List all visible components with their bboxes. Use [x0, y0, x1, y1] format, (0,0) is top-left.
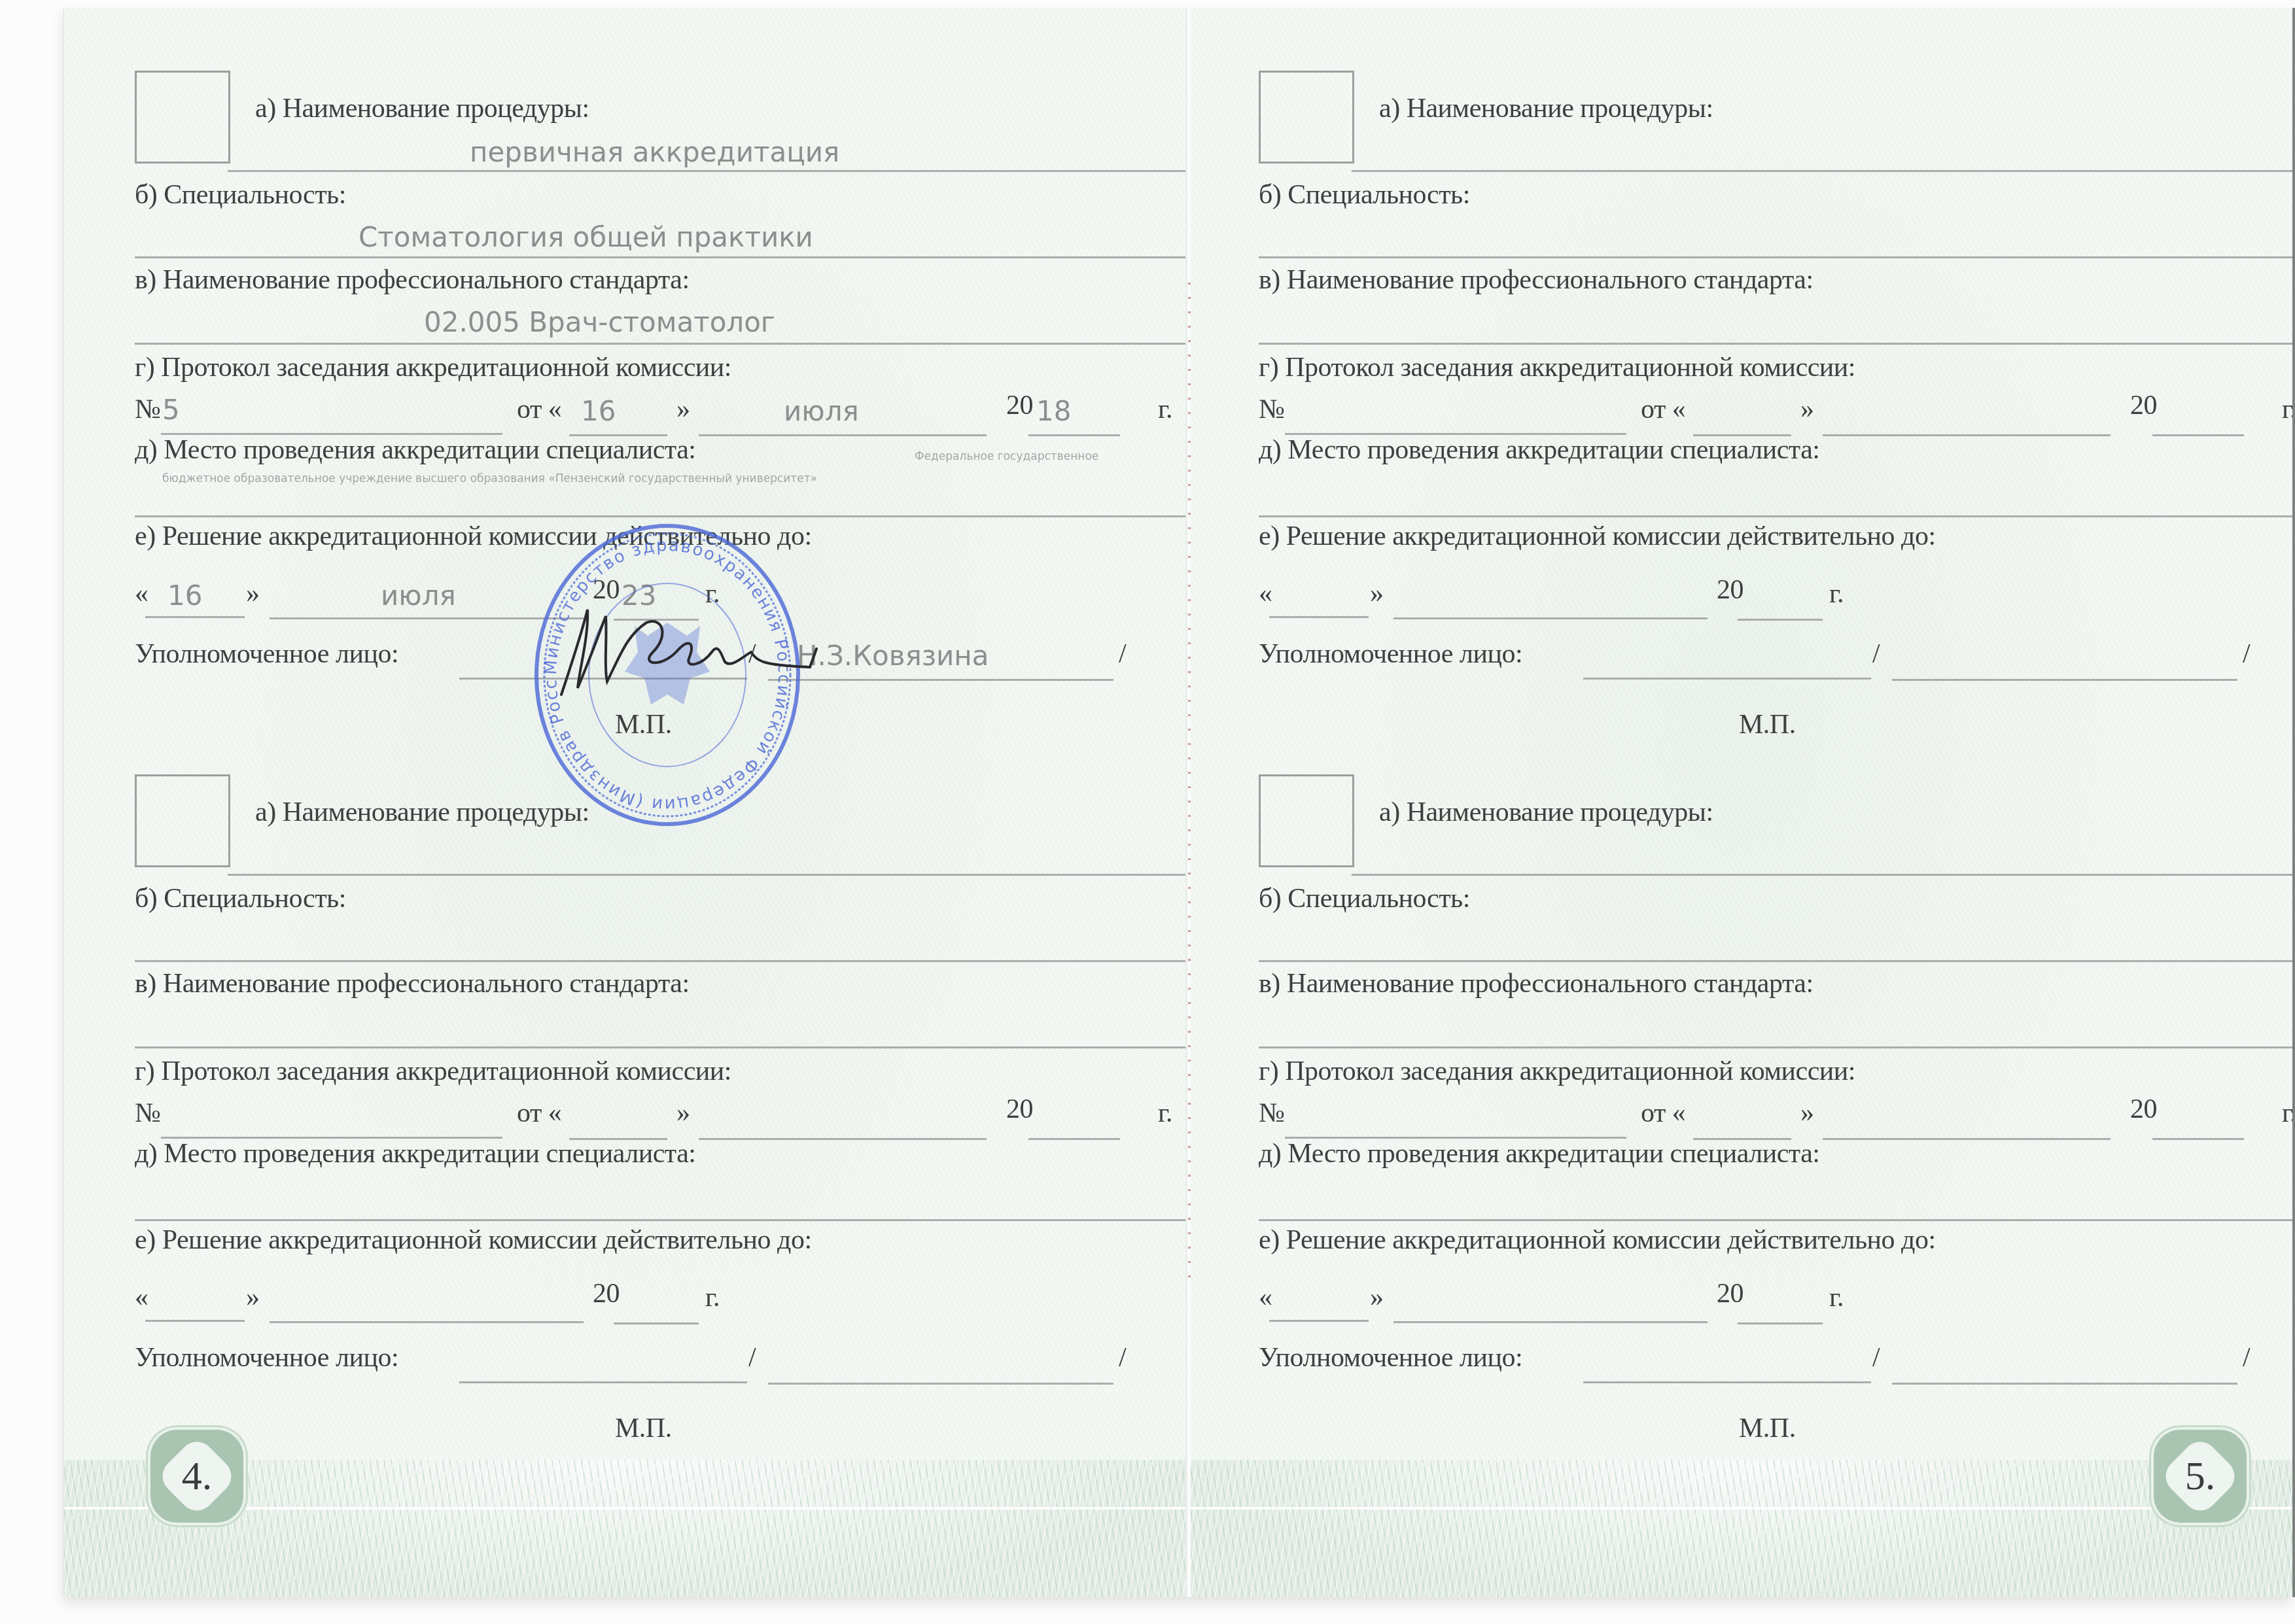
- valid-day-line: [145, 616, 245, 618]
- valid-month-line: [270, 1321, 584, 1323]
- quote-open: «: [1259, 1282, 1272, 1313]
- standard-label: в) Наименование профессионального станда…: [135, 968, 690, 999]
- quote-open: «: [135, 578, 149, 610]
- standard-label: в) Наименование профессионального станда…: [135, 264, 690, 296]
- slash: /: [1872, 638, 1880, 670]
- page-left: 4. а) Наименование процедуры: первичная …: [63, 8, 1189, 1597]
- signature-line: [1583, 1381, 1871, 1383]
- protocol-year-line: [2152, 434, 2244, 436]
- year-suffix: г.: [2282, 394, 2295, 425]
- protocol-month-line: [699, 1138, 987, 1140]
- protocol-number: 5: [162, 394, 180, 426]
- valid-year-line: [1738, 619, 1823, 621]
- standard-line: [135, 343, 1189, 345]
- valid-until-label: е) Решение аккредитационной комиссии дей…: [1259, 521, 1936, 552]
- protocol-year-line: [2152, 1138, 2244, 1140]
- authorized-person-label: Уполномоченное лицо:: [1259, 638, 1522, 670]
- standard-line: [135, 1046, 1189, 1048]
- protocol-year-line: [1028, 1138, 1120, 1140]
- procedure-line: [228, 170, 1189, 172]
- procedure-line: [228, 874, 1189, 876]
- standard-line: [1259, 1046, 2295, 1048]
- procedure-label: а) Наименование процедуры:: [1379, 93, 1713, 124]
- protocol-year-line: [1028, 434, 1120, 436]
- page-number-badge: 5.: [2151, 1427, 2249, 1525]
- standard-label: в) Наименование профессионального станда…: [1259, 968, 1813, 999]
- procedure-line: [1352, 874, 2295, 876]
- specialty-line: [1259, 256, 2295, 258]
- protocol-month: июля: [784, 395, 859, 427]
- valid-day: 16: [167, 579, 202, 612]
- accreditation-booklet-spread: 4. а) Наименование процедуры: первичная …: [63, 8, 2292, 1597]
- page-right: 5. а) Наименование процедуры: б) Специал…: [1191, 8, 2295, 1597]
- protocol-year: 18: [1036, 395, 1071, 427]
- valid-day-line: [1269, 616, 1369, 618]
- signature: [548, 596, 830, 701]
- quote-open: «: [135, 1282, 149, 1313]
- quote-close: »: [1800, 1097, 1814, 1129]
- place-label: д) Место проведения аккредитации специал…: [135, 1138, 696, 1169]
- procedure-label: а) Наименование процедуры:: [255, 93, 589, 124]
- valid-month-line: [1393, 617, 1708, 619]
- valid-month-line: [1393, 1321, 1708, 1323]
- year-suffix: г.: [1158, 394, 1172, 425]
- number-sign: №: [135, 394, 161, 425]
- from-label: от «: [517, 1097, 561, 1129]
- year-suffix: г.: [1158, 1097, 1172, 1129]
- slash: /: [2243, 1342, 2250, 1373]
- year-suffix: г.: [705, 1282, 720, 1313]
- photo-box: [1259, 71, 1354, 164]
- standard-line: [1259, 343, 2295, 345]
- protocol-month-line: [1823, 1138, 2111, 1140]
- specialty-label: б) Специальность:: [135, 179, 346, 211]
- seal-place-label: М.П.: [1739, 709, 1796, 740]
- place-line: [1259, 1219, 2295, 1221]
- year-suffix: г.: [2282, 1097, 2295, 1129]
- procedure-value: первичная аккредитация: [470, 136, 839, 168]
- specialty-line: [135, 960, 1189, 962]
- specialty-label: б) Специальность:: [1259, 883, 1470, 914]
- year-suffix: г.: [1829, 1282, 1844, 1313]
- year-prefix: 20: [1717, 1278, 1743, 1309]
- authorized-name-line: [768, 1383, 1113, 1385]
- quote-open: «: [1259, 578, 1272, 610]
- protocol-label: г) Протокол заседания аккредитационной к…: [1259, 352, 1855, 383]
- valid-day-line: [145, 1320, 245, 1322]
- place-line: [135, 1219, 1189, 1221]
- specialty-value: Стоматология общей практики: [359, 221, 813, 253]
- valid-until-label: е) Решение аккредитационной комиссии дей…: [1259, 1224, 1936, 1256]
- place-value-line1: Федеральное государственное: [915, 450, 1098, 463]
- protocol-month-line: [1823, 434, 2111, 436]
- seal-place-label: М.П.: [1739, 1413, 1796, 1444]
- year-prefix: 20: [1717, 574, 1743, 606]
- year-prefix: 20: [1006, 390, 1033, 421]
- quote-close: »: [246, 578, 260, 610]
- slash: /: [1119, 638, 1126, 670]
- valid-until-label: е) Решение аккредитационной комиссии дей…: [135, 1224, 812, 1256]
- quote-close: »: [1800, 394, 1814, 425]
- year-prefix: 20: [2130, 390, 2157, 421]
- signature-line: [1583, 678, 1871, 680]
- page-number-badge: 4.: [148, 1427, 246, 1525]
- quote-close: »: [246, 1282, 260, 1313]
- valid-day-line: [1269, 1320, 1369, 1322]
- protocol-label: г) Протокол заседания аккредитационной к…: [1259, 1056, 1855, 1087]
- standard-label: в) Наименование профессионального станда…: [1259, 264, 1813, 296]
- authorized-person-label: Уполномоченное лицо:: [1259, 1342, 1522, 1373]
- quote-close: »: [1370, 578, 1384, 610]
- authorized-person-label: Уполномоченное лицо:: [135, 1342, 398, 1373]
- place-line: [1259, 515, 2295, 517]
- number-sign: №: [135, 1097, 161, 1129]
- valid-month: июля: [381, 579, 456, 612]
- authorized-person-label: Уполномоченное лицо:: [135, 638, 398, 670]
- slash: /: [748, 1342, 756, 1373]
- year-prefix: 20: [1006, 1094, 1033, 1125]
- seal-place-label: М.П.: [615, 1413, 672, 1444]
- place-label: д) Место проведения аккредитации специал…: [1259, 434, 1820, 466]
- authorized-name-line: [1892, 679, 2237, 681]
- authorized-name-line: [1892, 1383, 2237, 1385]
- slash: /: [1872, 1342, 1880, 1373]
- specialty-label: б) Специальность:: [1259, 179, 1470, 211]
- slash: /: [1119, 1342, 1126, 1373]
- specialty-line: [135, 256, 1189, 258]
- valid-year-line: [1738, 1322, 1823, 1324]
- protocol-day: 16: [581, 395, 616, 427]
- from-label: от «: [1641, 394, 1685, 425]
- number-sign: №: [1259, 394, 1285, 425]
- year-suffix: г.: [1829, 578, 1844, 610]
- signature-line: [459, 1381, 747, 1383]
- quote-close: »: [676, 394, 690, 425]
- place-label: д) Место проведения аккредитации специал…: [135, 434, 696, 466]
- quote-close: »: [1370, 1282, 1384, 1313]
- quote-close: »: [676, 1097, 690, 1129]
- place-value-line2: бюджетное образовательное учреждение выс…: [162, 472, 817, 485]
- protocol-label: г) Протокол заседания аккредитационной к…: [135, 1056, 731, 1087]
- year-prefix: 20: [593, 1278, 620, 1309]
- valid-year-line: [614, 1322, 699, 1324]
- specialty-line: [1259, 960, 2295, 962]
- protocol-label: г) Протокол заседания аккредитационной к…: [135, 352, 731, 383]
- from-label: от «: [1641, 1097, 1685, 1129]
- procedure-label: а) Наименование процедуры:: [1379, 797, 1713, 828]
- from-label: от «: [517, 394, 561, 425]
- standard-value: 02.005 Врач-стоматолог: [424, 306, 775, 338]
- procedure-line: [1352, 170, 2295, 172]
- guilloche-border: [1191, 1460, 2292, 1597]
- photo-box: [1259, 774, 1354, 867]
- protocol-month-line: [699, 434, 987, 436]
- page-number: 5.: [2151, 1427, 2249, 1525]
- page-number: 4.: [148, 1427, 246, 1525]
- photo-box: [135, 774, 230, 867]
- specialty-label: б) Специальность:: [135, 883, 346, 914]
- photo-box: [135, 71, 230, 164]
- number-sign: №: [1259, 1097, 1285, 1129]
- year-prefix: 20: [2130, 1094, 2157, 1125]
- place-label: д) Место проведения аккредитации специал…: [1259, 1138, 1820, 1169]
- slash: /: [2243, 638, 2250, 670]
